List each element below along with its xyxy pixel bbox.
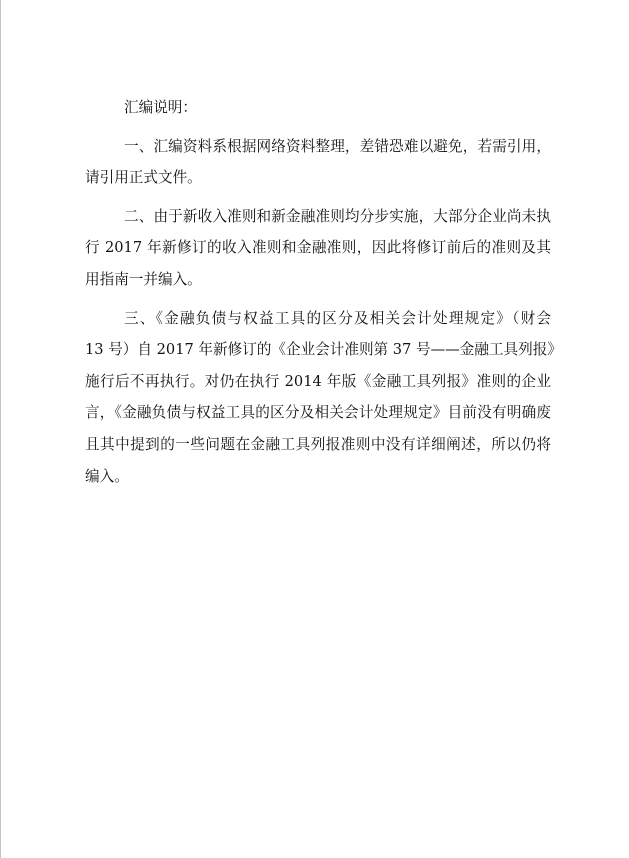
paragraph-3: 三、《金融负债与权益工具的区分及相关会计处理规定》（财会〔2014〕 13 号）… — [85, 303, 551, 493]
document-page: 汇编说明： 一、汇编资料系根据网络资料整理，差错恐难以避免，若需引用， 请引用正… — [0, 0, 629, 858]
paragraph-line: 一、汇编资料系根据网络资料整理，差错恐难以避免，若需引用， — [85, 131, 551, 163]
paragraph-line: 施行后不再执行。对仍在执行 2014 年版《金融工具列报》准则的企业而 — [85, 366, 551, 398]
paragraph-line: 三、《金融负债与权益工具的区分及相关会计处理规定》（财会〔2014〕 — [85, 303, 551, 335]
document-body: 汇编说明： 一、汇编资料系根据网络资料整理，差错恐难以避免，若需引用， 请引用正… — [85, 92, 551, 499]
paragraph-line: 且其中提到的一些问题在金融工具列报准则中没有详细阐述，所以仍将其 — [85, 429, 551, 461]
paragraph-line: 言，《金融负债与权益工具的区分及相关会计处理规定》目前没有明确废止， — [85, 397, 551, 429]
paragraph-1: 一、汇编资料系根据网络资料整理，差错恐难以避免，若需引用， 请引用正式文件。 — [85, 131, 551, 194]
paragraph-line: 13 号）自 2017 年新修订的《企业会计准则第 37 号——金融工具列报》 — [85, 334, 551, 366]
paragraph-line: 编入。 — [85, 461, 551, 493]
paragraph-line: 行 2017 年新修订的收入准则和金融准则，因此将修订前后的准则及其应 — [85, 232, 551, 264]
paragraph-2: 二、由于新收入准则和新金融准则均分步实施，大部分企业尚未执 行 2017 年新修… — [85, 201, 551, 296]
paragraph-line: 请引用正式文件。 — [85, 162, 551, 194]
compilation-notes-heading: 汇编说明： — [85, 92, 551, 124]
heading-paragraph: 汇编说明： — [85, 92, 551, 124]
paragraph-line: 用指南一并编入。 — [85, 264, 551, 296]
paragraph-line: 二、由于新收入准则和新金融准则均分步实施，大部分企业尚未执 — [85, 201, 551, 233]
